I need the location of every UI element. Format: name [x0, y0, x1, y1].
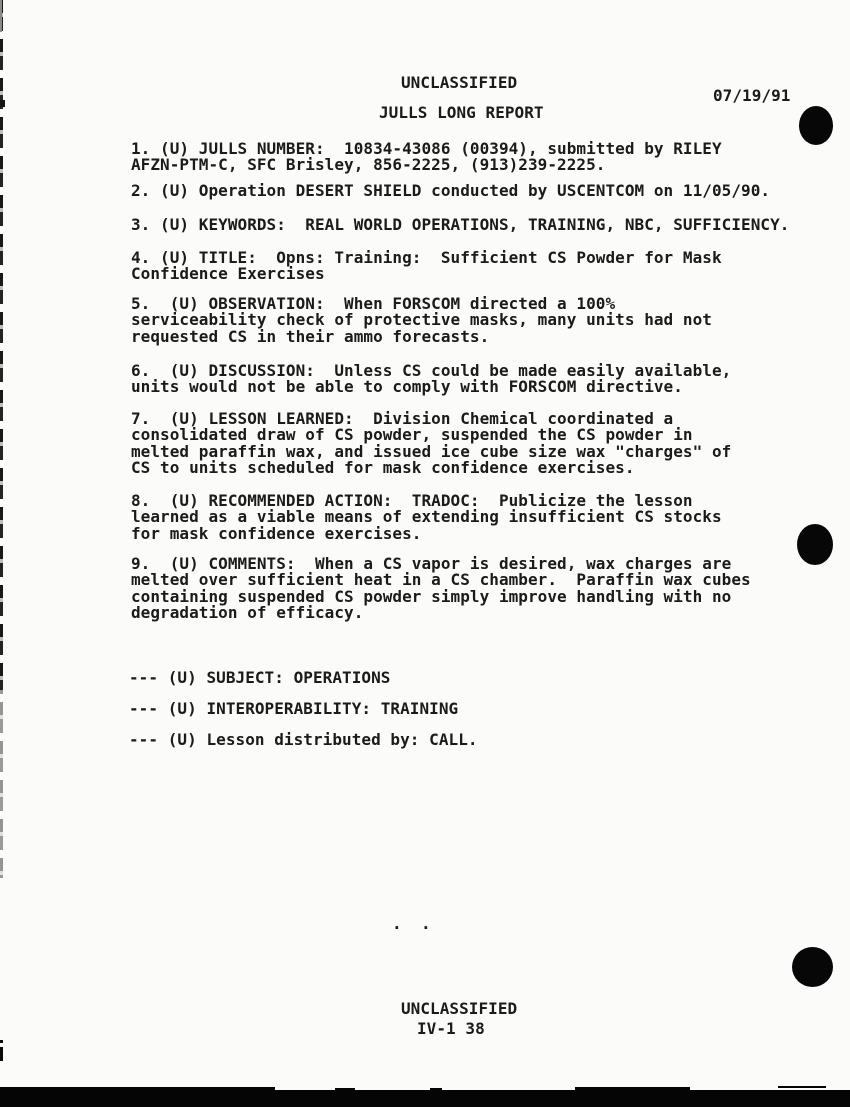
document-page: UNCLASSIFIED 07/19/91 JULLS LONG REPORT … — [0, 0, 850, 1107]
report-title: JULLS LONG REPORT — [379, 105, 544, 121]
distribution-line-distributed-by: --- (U) Lesson distributed by: CALL. — [129, 732, 478, 748]
header-classification: UNCLASSIFIED — [401, 75, 517, 91]
hole-punch-dot-bottom — [792, 947, 833, 987]
paragraph-observation: 5. (U) OBSERVATION: When FORSCOM directe… — [131, 296, 811, 345]
paragraph-keywords: 3. (U) KEYWORDS: REAL WORLD OPERATIONS, … — [131, 217, 811, 233]
distribution-line-interoperability: --- (U) INTEROPERABILITY: TRAINING — [129, 701, 458, 717]
paragraph-lesson-learned: 7. (U) LESSON LEARNED: Division Chemical… — [131, 411, 811, 476]
bottom-scan-band-edge — [575, 1087, 690, 1091]
paragraph-comments: 9. (U) COMMENTS: When a CS vapor is desi… — [131, 556, 811, 621]
paragraph-recommended-action: 8. (U) RECOMMENDED ACTION: TRADOC: Publi… — [131, 493, 811, 542]
footer-classification: UNCLASSIFIED — [401, 1001, 517, 1017]
bottom-scan-band — [0, 1090, 850, 1107]
header-date: 07/19/91 — [713, 88, 790, 104]
left-edge-scan-artifact-fade — [0, 690, 3, 878]
paragraph-title: 4. (U) TITLE: Opns: Training: Sufficient… — [131, 250, 811, 283]
bottom-left-scan-dot — [0, 1040, 3, 1043]
paragraph-discussion: 6. (U) DISCUSSION: Unless CS could be ma… — [131, 363, 811, 396]
distribution-line-subject: --- (U) SUBJECT: OPERATIONS — [129, 670, 390, 686]
footer-page-number: IV-1 38 — [417, 1021, 485, 1037]
paragraph-julls-number: 1. (U) JULLS NUMBER: 10834-43086 (00394)… — [131, 141, 811, 174]
left-edge-smudge — [0, 100, 5, 107]
paragraph-operation: 2. (U) Operation DESERT SHIELD conducted… — [131, 183, 811, 199]
bottom-left-scan-mark — [0, 1047, 3, 1061]
bottom-scan-band-edge — [430, 1088, 442, 1091]
bottom-scan-band-edge — [778, 1086, 826, 1088]
bottom-scan-band-edge — [335, 1088, 355, 1091]
bottom-scan-band-edge — [0, 1087, 275, 1091]
hole-punch-dot-top — [799, 106, 833, 145]
hole-punch-dot-middle — [797, 524, 833, 565]
top-left-scan-artifact — [0, 0, 2, 32]
stray-dot-marks: . . — [392, 916, 431, 932]
